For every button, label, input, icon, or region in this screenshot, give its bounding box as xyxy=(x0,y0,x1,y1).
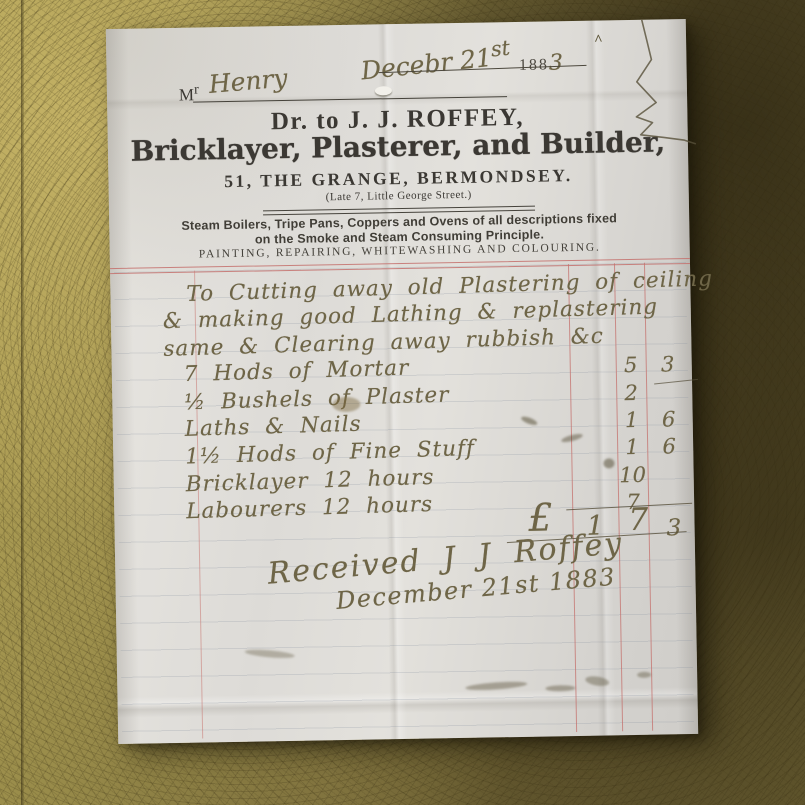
smudge-mark xyxy=(245,648,295,659)
handwritten-date: Decebr 21st xyxy=(359,36,512,86)
date-superscript: st xyxy=(490,36,511,62)
addressee-prefix-sup: r xyxy=(194,82,199,98)
smudge-mark xyxy=(545,685,575,692)
smudge-mark xyxy=(585,675,610,688)
leather-table-background: Decebr 21st1883 ^ Mr Henry Dr. to J. J. … xyxy=(0,0,805,805)
insertion-caret-mark: ^ xyxy=(594,32,603,49)
leather-seam xyxy=(21,0,24,805)
smudge-mark xyxy=(637,672,651,678)
date-line: Decebr 21st1883 xyxy=(360,39,661,79)
smudge-mark xyxy=(465,680,527,691)
invoice-paper: Decebr 21st1883 ^ Mr Henry Dr. to J. J. … xyxy=(106,19,698,744)
paper-crack xyxy=(618,19,698,150)
handwritten-year-digit: 3 xyxy=(549,50,563,75)
paper-flaw xyxy=(375,86,392,95)
addressee-rule xyxy=(193,96,507,102)
bill-items: To Cutting away old Plastering of ceilin… xyxy=(110,269,694,526)
total-pence: 3 xyxy=(666,515,681,541)
addressee-name: Henry xyxy=(208,63,289,99)
